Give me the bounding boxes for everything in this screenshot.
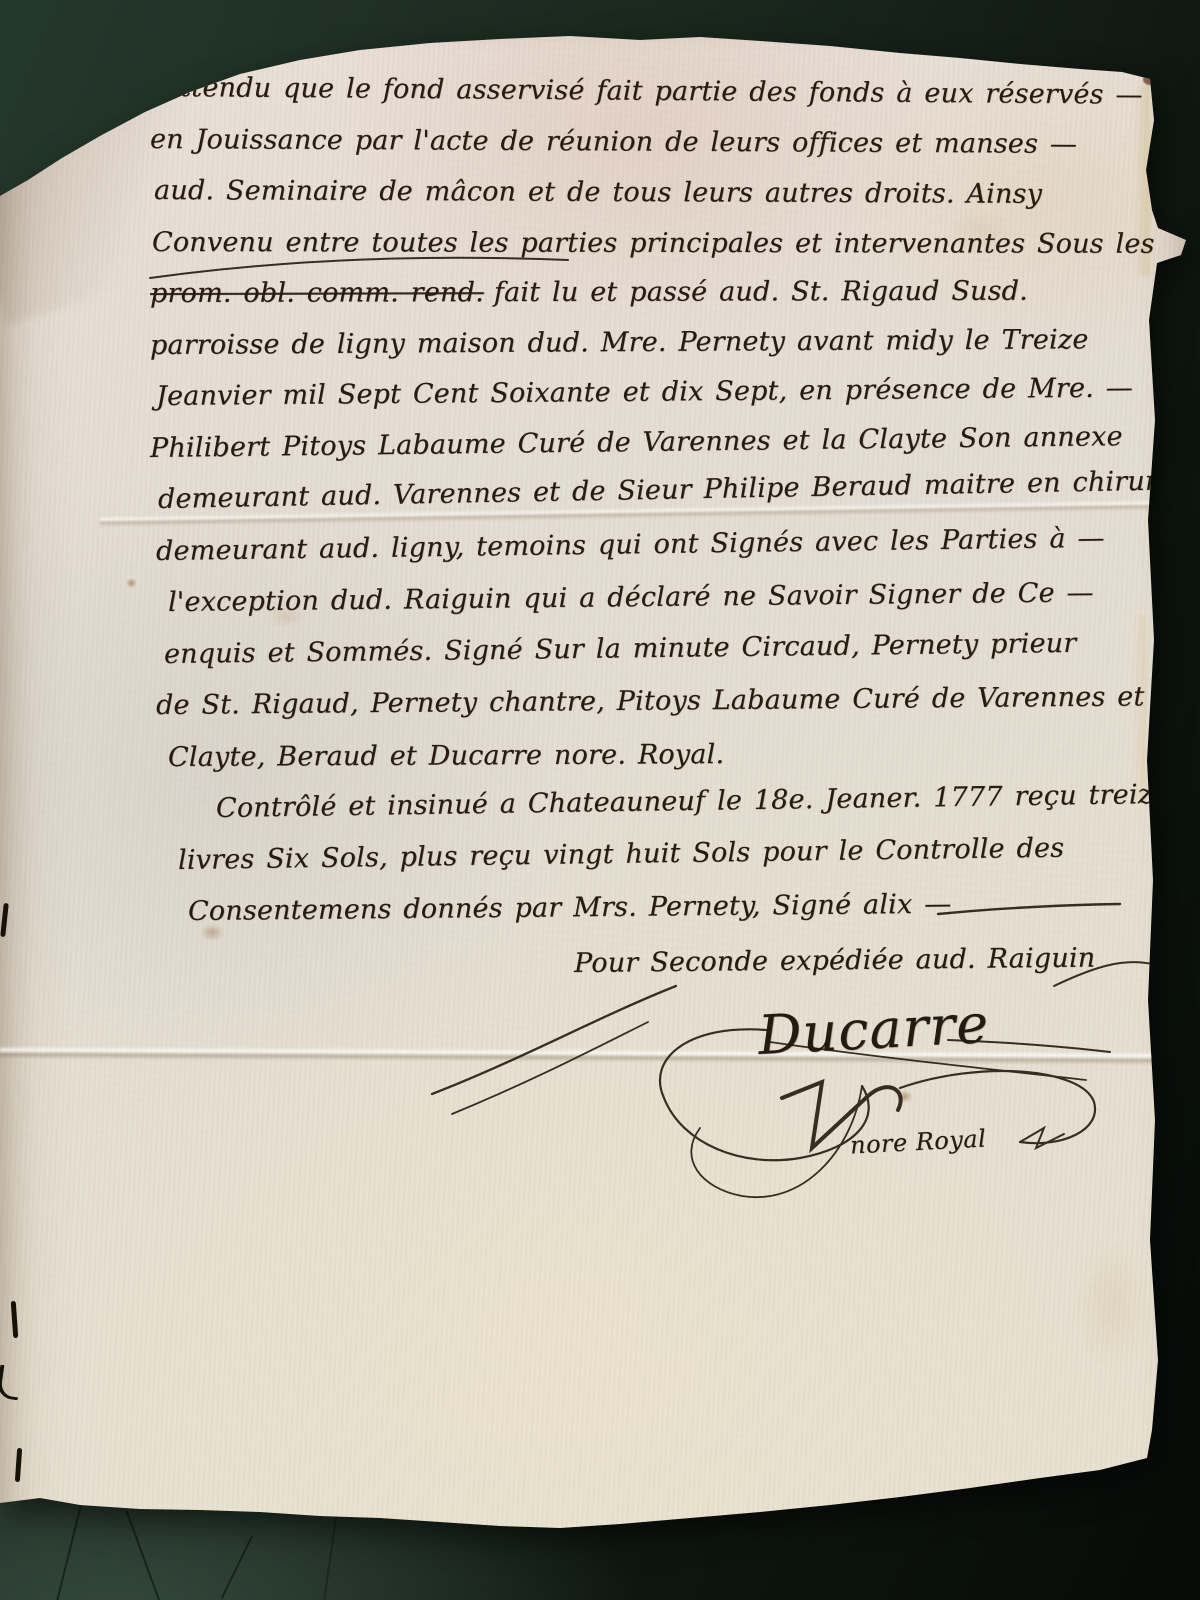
manuscript-line: parroisse de ligny maison dud. Mre. Pern… <box>150 313 1162 371</box>
manuscript-line: aud. Seminaire de mâcon et de tous leurs… <box>154 165 1162 221</box>
manuscript-page: attendu que le fond asservisé fait parti… <box>0 0 1200 1600</box>
manuscript-line: Pour Seconde expédiée aud. Raiguin <box>574 931 1163 989</box>
struck-text: prom. obl. comm. rend. <box>150 277 484 309</box>
stain <box>126 578 137 588</box>
stain <box>896 1090 913 1103</box>
stain <box>1075 1240 1150 1370</box>
manuscript-line: Convenu entre toutes les parties princip… <box>152 217 1162 270</box>
manuscript-line: de St. Rigaud, Pernety chantre, Pitoys L… <box>156 671 1162 731</box>
manuscript-line: prom. obl. comm. rend.fait lu et passé a… <box>150 265 1162 319</box>
signature-ducarre: Ducarre <box>757 992 991 1067</box>
manuscript-line: attendu que le fond asservisé fait parti… <box>164 62 1162 121</box>
manuscript-line: Consentemens donnés par Mrs. Pernety, Si… <box>188 877 1162 938</box>
photo-backdrop: attendu que le fond asservisé fait parti… <box>0 0 1200 1600</box>
manuscript-text: attendu que le fond asservisé fait parti… <box>150 62 1162 989</box>
manuscript-page-wrap: attendu que le fond asservisé fait parti… <box>0 0 1200 1600</box>
manuscript-line: en Jouissance par l'acte de réunion de l… <box>150 114 1162 171</box>
stain <box>38 86 57 100</box>
